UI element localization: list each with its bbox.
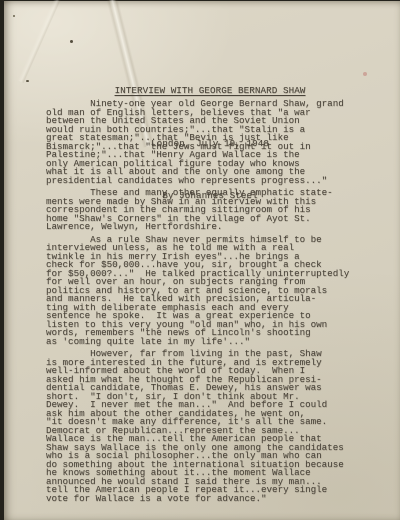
- scanned-page: INTERVIEW WITH GEORGE BERNARD SHAW Londo…: [0, 0, 400, 520]
- document-body: Ninety-one year old George Bernard Shaw,…: [46, 100, 386, 507]
- paper: INTERVIEW WITH GEORGE BERNARD SHAW Londo…: [4, 1, 400, 520]
- paragraph: As a rule Shaw never permits himself to …: [46, 236, 386, 347]
- paper-speck: [13, 15, 15, 17]
- paper-speck: [70, 40, 73, 43]
- document-title: INTERVIEW WITH GEORGE BERNARD SHAW: [47, 82, 373, 100]
- paragraph: However, far from living in the past, Sh…: [46, 350, 386, 503]
- typewritten-line: presidential candidates who represents p…: [46, 177, 386, 186]
- paper-speck: [26, 80, 29, 82]
- paragraph: Ninety-one year old George Bernard Shaw,…: [46, 100, 386, 185]
- typewritten-line: vote for Wallace is a vote for advance.": [46, 495, 386, 504]
- paragraph: These and many other equally emphatic st…: [46, 189, 386, 232]
- typewritten-line: Lawrence, Welwyn, Hertfordshire.: [46, 223, 386, 232]
- typewritten-line: as 'coming quite late in my life'...": [46, 338, 386, 347]
